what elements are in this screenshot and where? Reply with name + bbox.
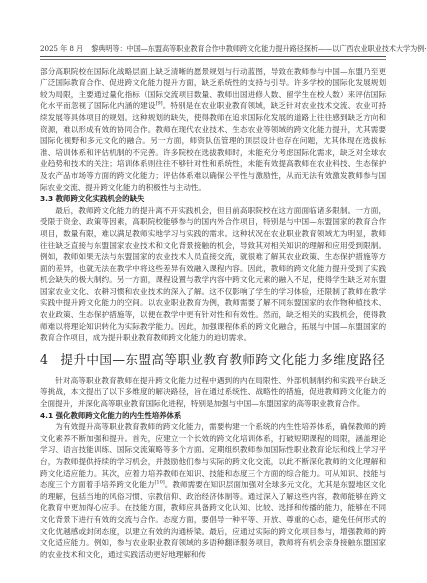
paragraph-3-3: 最后，教师跨文化能力的提升离不开实践机会，但目前高职院校在这方面面临诸多限制。一… xyxy=(40,205,386,344)
subsection-heading-3-3: 3.3 教师跨文化实践机会的缺失 xyxy=(40,193,386,205)
paragraph-4-1: 为有效提升高等职业教育教师的跨文化能力，需要构建一个系统的内生性培养体系，确保教… xyxy=(40,421,386,560)
article-body: 部分高职院校在国际化战略层面上缺乏清晰的愿景规划与行动蓝图，导致在教师参与中国—… xyxy=(40,66,386,561)
citation: [9] xyxy=(156,101,163,107)
header-rule-top xyxy=(40,56,386,57)
issue-date: 2025 年 8 月 xyxy=(40,44,83,54)
section-heading-4: 4提升中国—东盟高等职业教育教师跨文化能力多维度路径 xyxy=(40,352,386,368)
running-head: 2025 年 8 月 黎典明等：中国—东盟高等职业教育合作中教师跨文化能力提升路… xyxy=(40,44,386,54)
subsection-heading-4-1: 4.1 强化教师跨文化能力的内生性培养体系 xyxy=(40,410,386,422)
citation: [10] xyxy=(155,480,165,486)
section-number: 4 xyxy=(40,352,48,367)
paragraph-continuation: 部分高职院校在国际化战略层面上缺乏清晰的愿景规划与行动蓝图，导致在教师参与中国—… xyxy=(40,66,386,194)
header-rule-bottom xyxy=(40,59,386,60)
running-head-title: 黎典明等：中国—东盟高等职业教育合作中教师跨文化能力提升路径探析——以广西农业职… xyxy=(91,44,424,54)
section-title: 提升中国—东盟高等职业教育教师跨文化能力多维度路径 xyxy=(60,352,385,367)
paragraph-4-intro: 针对高等职业教育教师在提升跨文化能力过程中遇到的内在局限性、外部机制制约和实践平… xyxy=(40,375,386,410)
journal-page: 2025 年 8 月 黎典明等：中国—东盟高等职业教育合作中教师跨文化能力提升路… xyxy=(40,44,386,560)
